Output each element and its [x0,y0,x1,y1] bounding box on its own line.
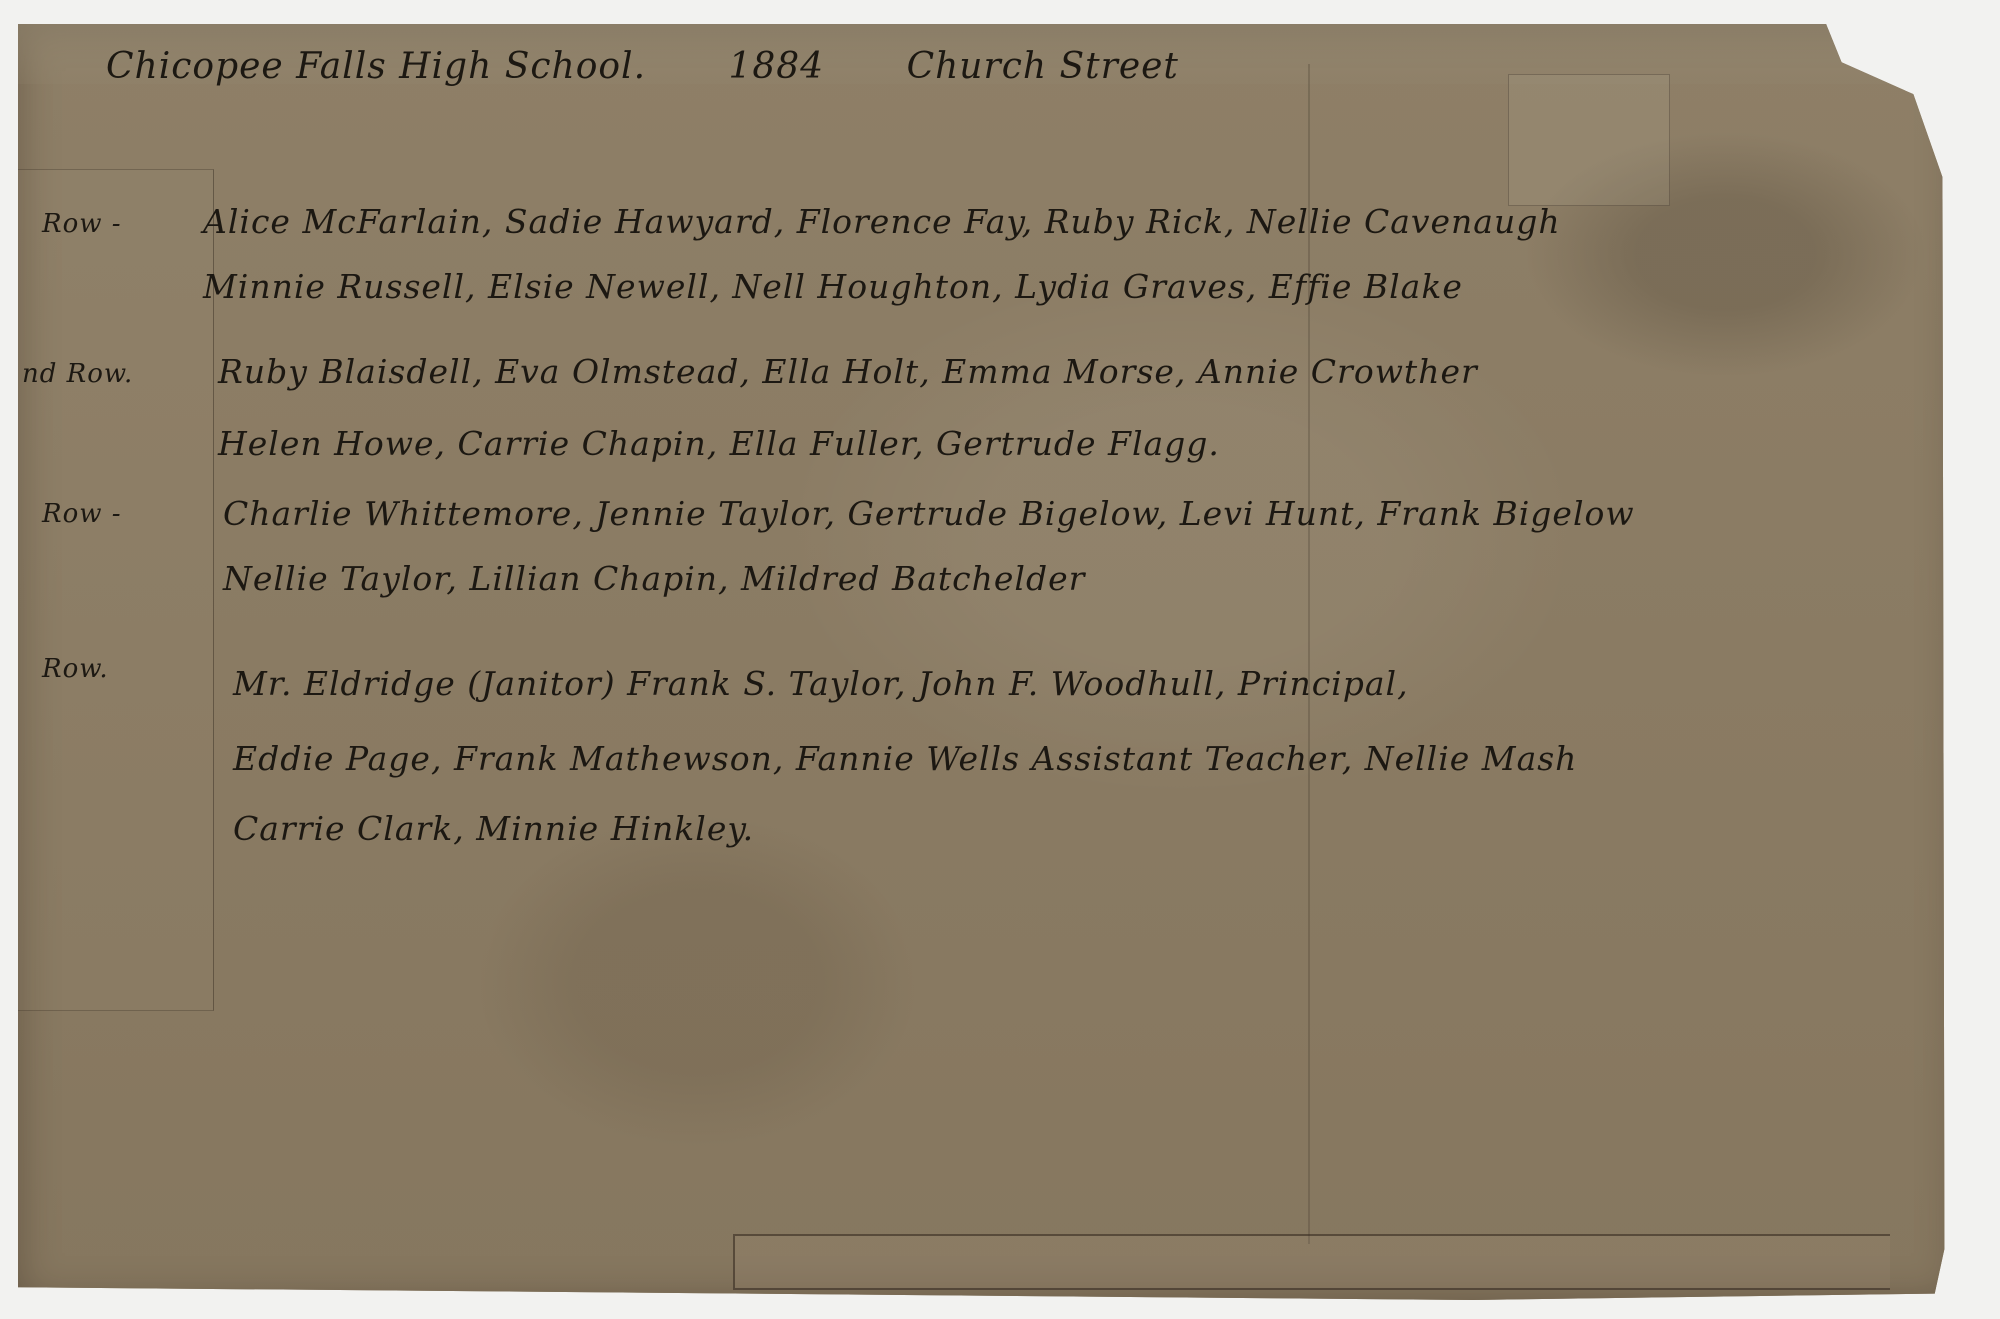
bottom-label-box [733,1234,1890,1290]
row-1-line-2: Minnie Russell, Elsie Newell, Nell Hough… [203,267,1463,306]
row-4-line-2: Eddie Page, Frank Mathewson, Fannie Well… [233,739,1577,778]
tape-patch [1508,74,1670,206]
row-3-line-2: Nellie Taylor, Lillian Chapin, Mildred B… [223,559,1085,598]
year: 1884 [728,46,824,87]
row-2-line-2: Helen Howe, Carrie Chapin, Ella Fuller, … [218,424,1220,463]
document-title: Chicopee Falls High School. 1884 Church … [106,46,1249,87]
row-1-line-1: Alice McFarlain, Sadie Hawyard, Florence… [203,202,1561,241]
row-4-line-1: Mr. Eldridge (Janitor) Frank S. Taylor, … [233,664,1409,703]
left-margin-box [18,169,214,1011]
row-label-4: Row. [42,654,109,684]
paper-crease [1308,64,1310,1244]
row-label-2: nd Row. [22,359,133,389]
row-label-1: Row - [42,209,122,239]
row-label-3: Row - [42,499,122,529]
row-3-line-1: Charlie Whittemore, Jennie Taylor, Gertr… [223,494,1635,533]
handwritten-card: Chicopee Falls High School. 1884 Church … [18,24,1958,1300]
location: Church Street [907,46,1179,87]
school-name: Chicopee Falls High School. [106,46,646,87]
row-2-line-1: Ruby Blaisdell, Eva Olmstead, Ella Holt,… [218,352,1478,391]
row-4-line-3: Carrie Clark, Minnie Hinkley. [233,809,754,848]
